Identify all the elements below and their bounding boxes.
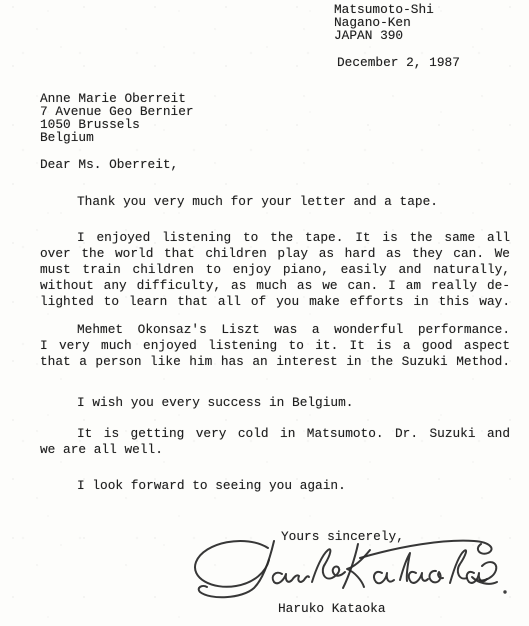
paragraph-5: It is getting very cold in Matsumoto. Dr… bbox=[40, 426, 510, 458]
paragraph-6: I look forward to seeing you again. bbox=[40, 478, 510, 494]
body-line: lighted to learn that all of you make ef… bbox=[40, 294, 510, 310]
body-line: without any difficulty, as much as we ca… bbox=[40, 278, 510, 294]
body-line: we are all well. bbox=[40, 442, 510, 458]
recipient-address-block: Anne Marie Oberreit 7 Avenue Geo Bernier… bbox=[40, 92, 194, 144]
body-line: over the world that children play as har… bbox=[40, 246, 510, 262]
handwritten-signature-icon bbox=[186, 538, 516, 610]
body-line: I look forward to seeing you again. bbox=[40, 478, 510, 494]
sender-country: JAPAN 390 bbox=[334, 29, 434, 42]
recipient-country: Belgium bbox=[40, 131, 194, 144]
date-line: December 2, 1987 bbox=[337, 56, 460, 70]
body-line: Mehmet Okonsaz's Liszt was a wonderful p… bbox=[40, 322, 510, 338]
paragraph-4: I wish you every success in Belgium. bbox=[40, 395, 510, 411]
paragraph-3: Mehmet Okonsaz's Liszt was a wonderful p… bbox=[40, 322, 510, 370]
paragraph-1: Thank you very much for your letter and … bbox=[40, 194, 510, 210]
body-line: It is getting very cold in Matsumoto. Dr… bbox=[40, 426, 510, 442]
body-line: that a person like him has an interest i… bbox=[40, 354, 510, 370]
body-line: Thank you very much for your letter and … bbox=[40, 194, 510, 210]
body-line: I wish you every success in Belgium. bbox=[40, 395, 510, 411]
body-line: must train children to enjoy piano, easi… bbox=[40, 262, 510, 278]
salutation: Dear Ms. Oberreit, bbox=[40, 157, 178, 172]
body-line: I enjoyed listening to the tape. It is t… bbox=[40, 230, 510, 246]
typed-signature-name: Haruko Kataoka bbox=[278, 601, 386, 616]
body-line: I very much enjoyed listening to it. It … bbox=[40, 338, 510, 354]
letter-page: Matsumoto-Shi Nagano-Ken JAPAN 390 Decem… bbox=[0, 0, 529, 626]
paragraph-2: I enjoyed listening to the tape. It is t… bbox=[40, 230, 510, 310]
sender-address-block: Matsumoto-Shi Nagano-Ken JAPAN 390 bbox=[334, 3, 434, 42]
